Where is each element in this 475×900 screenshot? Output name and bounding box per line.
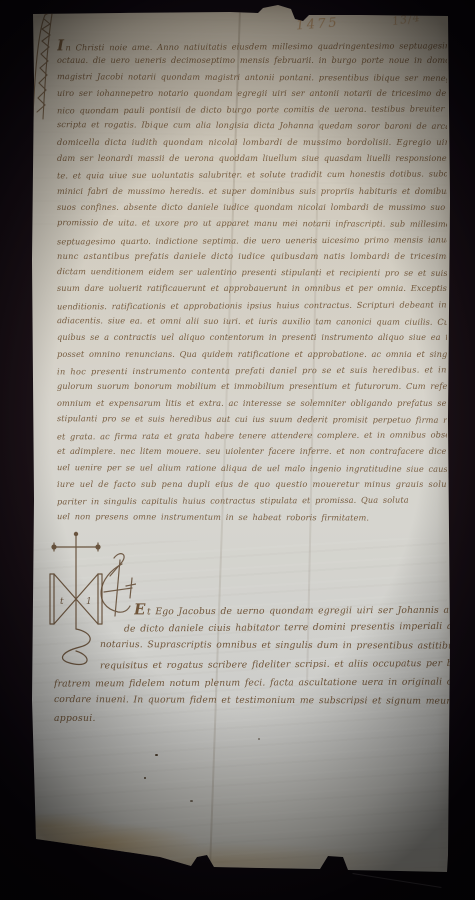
manuscript-line: uiro ser iohannepetro notario quondam eg… xyxy=(57,85,447,101)
manuscript-line: gulorum suorum bonorum mobilium et immob… xyxy=(57,378,447,394)
ink-speck xyxy=(144,777,146,779)
svg-text:t: t xyxy=(60,597,64,607)
photograph-of-parchment-charter: 1475 13/4 In Christi noie ame. Anno nati… xyxy=(0,0,475,900)
manuscript-line: pariter in singulis capitulis huius cont… xyxy=(57,492,447,510)
manuscript-line: et adimplere. nec litem mouere. seu uiol… xyxy=(57,443,447,459)
archival-year-inscription: 1475 xyxy=(296,16,340,34)
background-scratch xyxy=(352,873,441,888)
manuscript-line: octaua. die uero ueneris decimoseptimo m… xyxy=(57,52,447,68)
ink-speck xyxy=(155,754,158,756)
paraph-icon xyxy=(86,550,136,630)
manuscript-line: dam ser leonardi massii de uerona quodda… xyxy=(57,150,447,166)
manuscript-line: septuagesimo quarto. indictione septima.… xyxy=(57,231,447,249)
manuscript-line: omnium et expensarum litis et extra. ac … xyxy=(57,395,447,411)
margin-doodle-icon xyxy=(20,11,56,125)
manuscript-line: magistri Jacobi notarii quondam magistri… xyxy=(57,68,447,86)
manuscript-line: et grata. ac firma rata et grata habere … xyxy=(57,427,447,445)
charter-text-block: In Christi noie ame. Anno natiuitatis ei… xyxy=(57,36,447,525)
manuscript-line: stipulanti pro se et suis heredibus aut … xyxy=(57,410,447,428)
manuscript-line: suum dare uoluerit ratificauerunt et app… xyxy=(57,280,447,296)
manuscript-line: dictam uenditionem eidem ser ualentino p… xyxy=(57,263,447,281)
manuscript-line: uel non presens omne instrumentum in se … xyxy=(57,508,447,526)
manuscript-line: suos confines. absente dicto daniele iud… xyxy=(57,199,447,215)
manuscript-line: In Christi noie ame. Anno natiuitatis ei… xyxy=(57,35,447,53)
manuscript-line: scripta et rogatis. Ibique cum alia long… xyxy=(57,117,447,135)
manuscript-line: te. et quia uiue sue uoluntatis salubrit… xyxy=(57,166,447,184)
ink-speck xyxy=(258,738,260,740)
manuscript-line: minici fabri de mussimo heredis. et supe… xyxy=(57,183,447,199)
parchment-sheet: 1475 13/4 In Christi noie ame. Anno nati… xyxy=(0,0,475,900)
manuscript-line: nunc astantibus prefatis daniele dicto i… xyxy=(57,248,447,264)
manuscript-line: domicella dicta iudith quondam nicolai l… xyxy=(57,134,447,150)
manuscript-line: in hoc presenti instrumento contenta pre… xyxy=(57,361,447,379)
manuscript-line: uel uenire per se uel alium ratione aliq… xyxy=(57,459,447,477)
manuscript-line: iure uel de facto sub pena dupli eius de… xyxy=(57,476,447,492)
manuscript-line: quibus se a contractis uel aliquo conten… xyxy=(57,329,447,345)
manuscript-line: posset omnino renuncians. Qua quidem rat… xyxy=(57,346,447,362)
ink-speck xyxy=(190,800,193,802)
manuscript-line: adiacentis. siue ea. et omni alii suo iu… xyxy=(57,312,447,330)
manuscript-line: promissio de uita. et uxore pro ut appar… xyxy=(57,214,447,232)
